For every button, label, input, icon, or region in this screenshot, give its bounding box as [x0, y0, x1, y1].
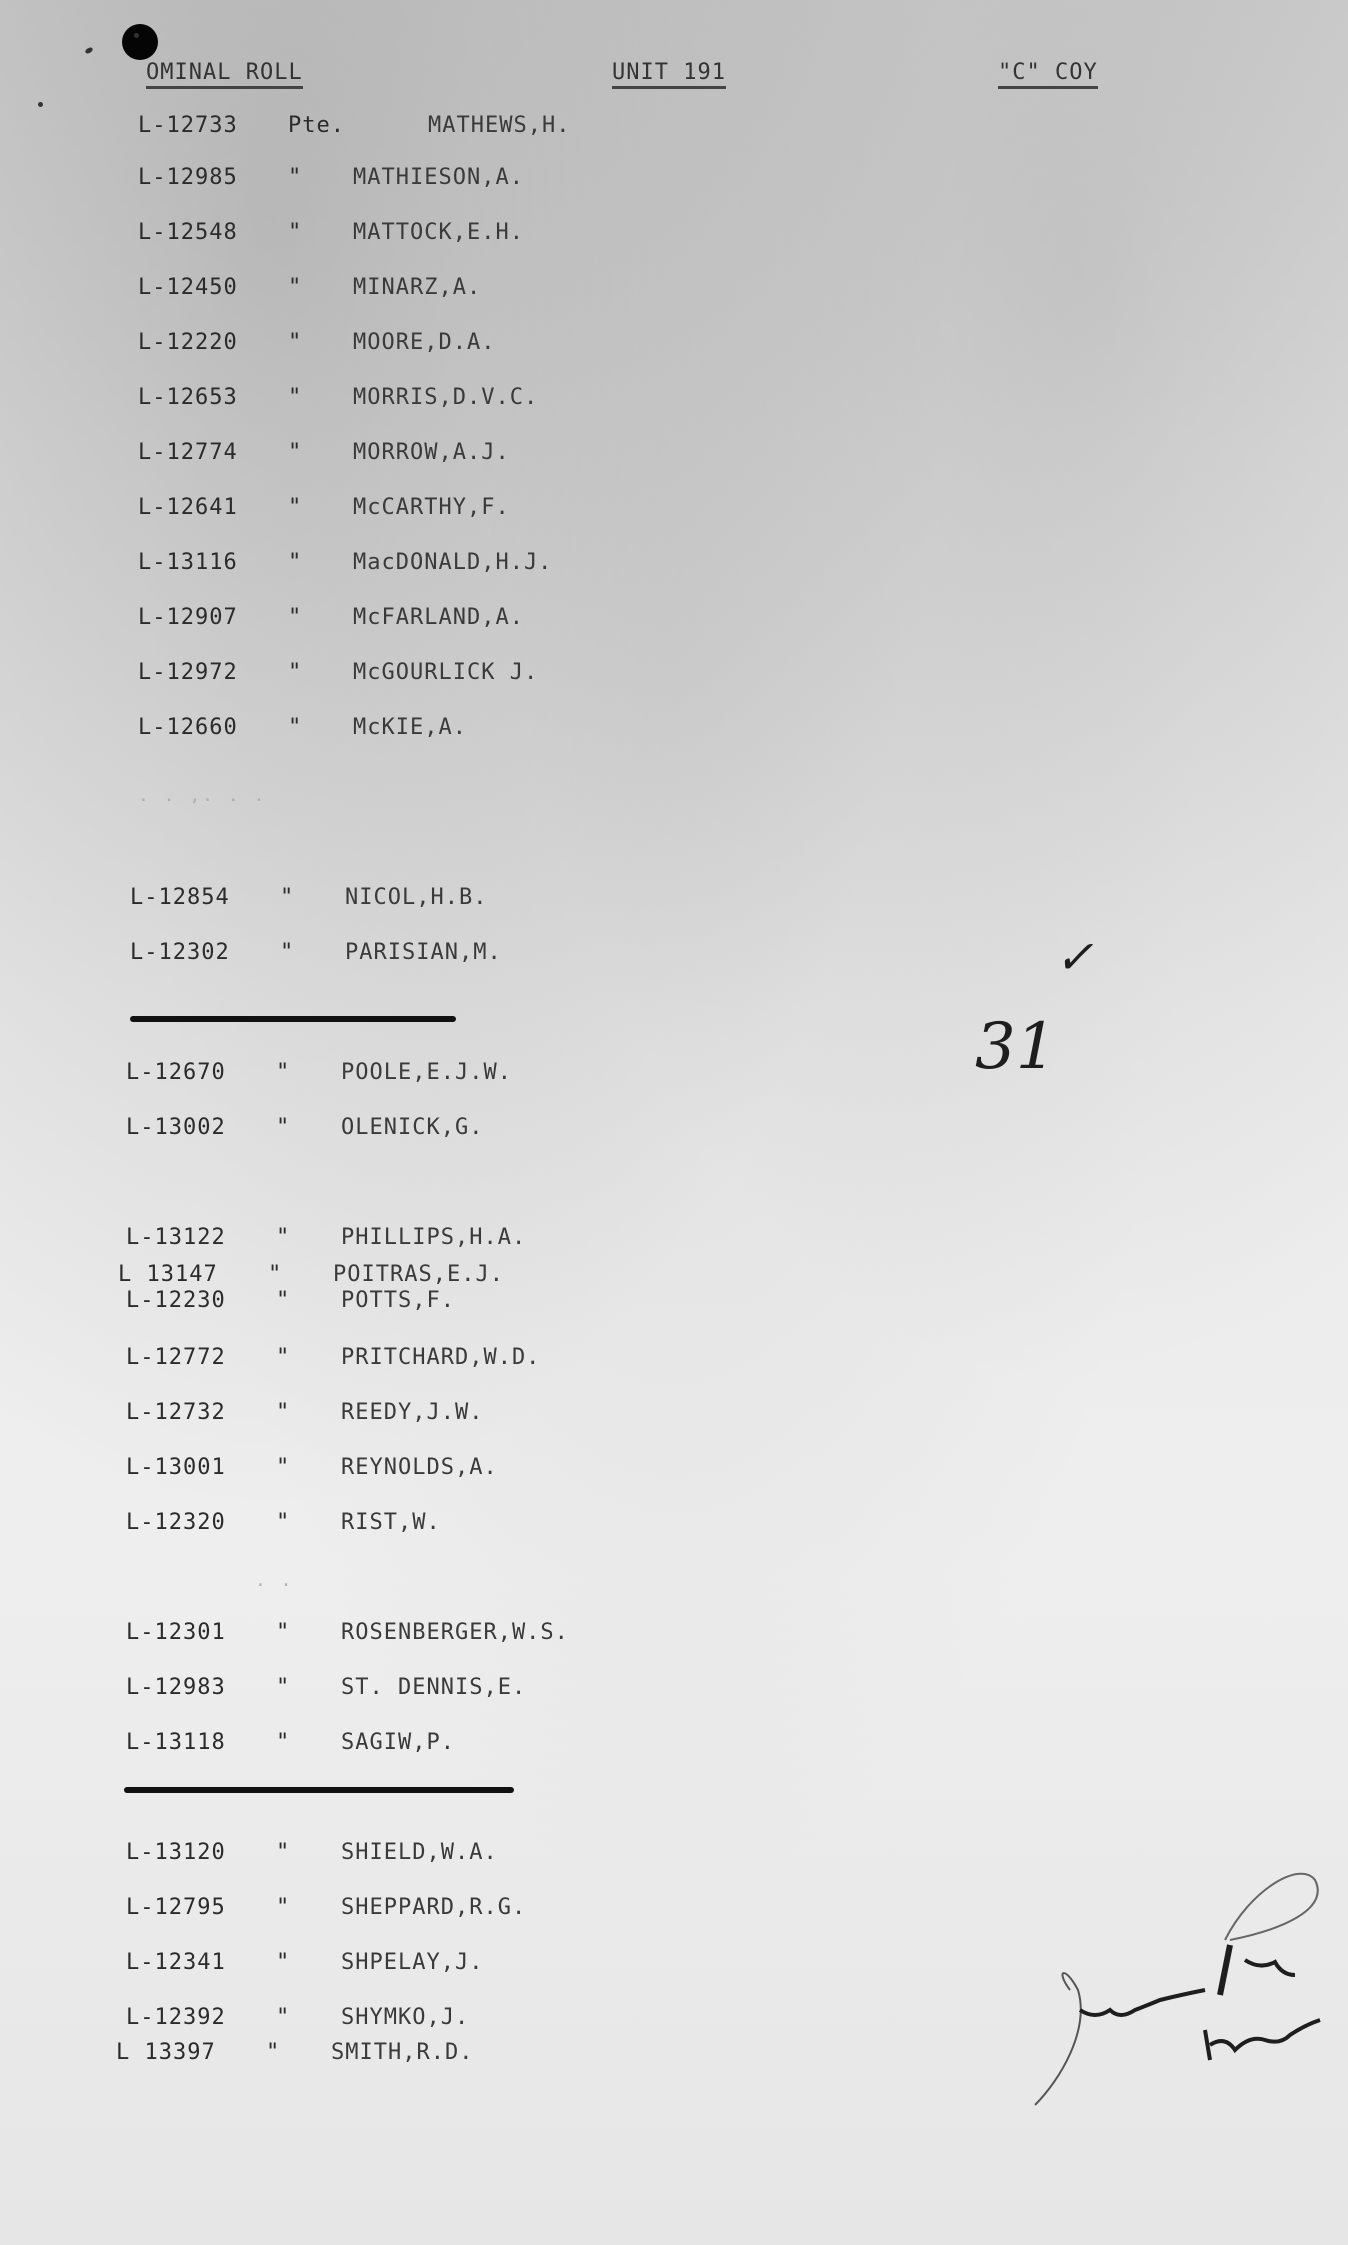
service-number: L-12220: [138, 330, 238, 355]
soldier-name: PARISIAN,M.: [345, 940, 502, 965]
rank: ": [276, 1895, 290, 1920]
service-number: L-13002: [126, 1115, 226, 1140]
soldier-name: MORROW,A.J.: [353, 440, 510, 465]
service-number: L-12733: [138, 113, 238, 138]
rank: ": [276, 1675, 290, 1700]
soldier-name: MORRIS,D.V.C.: [353, 385, 538, 410]
rank: ": [276, 1345, 290, 1370]
service-number: L-12341: [126, 1950, 226, 1975]
rank: ": [276, 1950, 290, 1975]
rank: ": [276, 1455, 290, 1480]
service-number: L-12230: [126, 1288, 226, 1313]
roll-title: OMINAL ROLL: [146, 60, 303, 85]
soldier-name: ST. DENNIS,E.: [341, 1675, 526, 1700]
service-number: L-12301: [126, 1620, 226, 1645]
service-number: L-12774: [138, 440, 238, 465]
service-number: L-12302: [130, 940, 230, 965]
soldier-name: MacDONALD,H.J.: [353, 550, 552, 575]
punch-hole: [122, 24, 158, 60]
service-number: L-13122: [126, 1225, 226, 1250]
rank: ": [288, 330, 302, 355]
soldier-name: McGOURLICK J.: [353, 660, 538, 685]
service-number: L 13397: [116, 2040, 216, 2065]
struck-out-entry: [130, 1016, 456, 1022]
rank: ": [276, 1510, 290, 1535]
company-label: "C" COY: [998, 60, 1098, 85]
soldier-name: SHEPPARD,R.G.: [341, 1895, 526, 1920]
soldier-name: MATHEWS,H.: [428, 113, 570, 138]
rank: ": [288, 495, 302, 520]
rank: ": [276, 1840, 290, 1865]
soldier-name: SHPELAY,J.: [341, 1950, 483, 1975]
service-number: L-12983: [126, 1675, 226, 1700]
service-number: L-12732: [126, 1400, 226, 1425]
rank: ": [276, 2005, 290, 2030]
soldier-name: SAGIW,P.: [341, 1730, 455, 1755]
soldier-name: McCARTHY,F.: [353, 495, 510, 520]
faded-entry: . .: [255, 1570, 294, 1591]
service-number: L-12641: [138, 495, 238, 520]
rank: ": [276, 1730, 290, 1755]
soldier-name: REEDY,J.W.: [341, 1400, 483, 1425]
rank: ": [276, 1400, 290, 1425]
service-number: L-12653: [138, 385, 238, 410]
soldier-name: POITRAS,E.J.: [333, 1262, 504, 1287]
soldier-name: SMITH,R.D.: [331, 2040, 473, 2065]
soldier-name: SHIELD,W.A.: [341, 1840, 498, 1865]
rank: ": [280, 940, 294, 965]
rank: ": [288, 440, 302, 465]
rank: ": [288, 660, 302, 685]
rank: ": [276, 1620, 290, 1645]
service-number: L-13118: [126, 1730, 226, 1755]
rank: ": [280, 885, 294, 910]
check-mark: ✓: [1055, 930, 1094, 984]
rank: ": [276, 1225, 290, 1250]
service-number: L-12772: [126, 1345, 226, 1370]
soldier-name: REYNOLDS,A.: [341, 1455, 498, 1480]
service-number: L-12985: [138, 165, 238, 190]
rank: ": [266, 2040, 280, 2065]
soldier-name: ROSENBERGER,W.S.: [341, 1620, 569, 1645]
soldier-name: RIST,W.: [341, 1510, 441, 1535]
rank: ": [268, 1262, 282, 1287]
rank: ": [276, 1060, 290, 1085]
rank: ": [288, 385, 302, 410]
service-number: L-12907: [138, 605, 238, 630]
service-number: L-12670: [126, 1060, 226, 1085]
rank: ": [288, 220, 302, 245]
faded-entry: . . ,. . .: [138, 785, 266, 806]
rank: ": [288, 165, 302, 190]
soldier-name: POOLE,E.J.W.: [341, 1060, 512, 1085]
service-number: L-13001: [126, 1455, 226, 1480]
soldier-name: McFARLAND,A.: [353, 605, 524, 630]
service-number: L-12392: [126, 2005, 226, 2030]
soldier-name: McKIE,A.: [353, 715, 467, 740]
signature: [1020, 1850, 1348, 2110]
rank: ": [276, 1288, 290, 1313]
unit-label: UNIT 191: [612, 60, 726, 85]
rank: ": [288, 275, 302, 300]
soldier-name: PHILLIPS,H.A.: [341, 1225, 526, 1250]
soldier-name: MATTOCK,E.H.: [353, 220, 524, 245]
soldier-name: MOORE,D.A.: [353, 330, 495, 355]
struck-out-entry: [124, 1787, 514, 1793]
service-number: L-13120: [126, 1840, 226, 1865]
soldier-name: MATHIESON,A.: [353, 165, 524, 190]
soldier-name: NICOL,H.B.: [345, 885, 487, 910]
soldier-name: OLENICK,G.: [341, 1115, 483, 1140]
service-number: L-13116: [138, 550, 238, 575]
rank: ": [288, 605, 302, 630]
ink-speck: [134, 33, 139, 38]
service-number: L-12795: [126, 1895, 226, 1920]
page-count-annotation: 31: [975, 1010, 1056, 1084]
rank: ": [276, 1115, 290, 1140]
service-number: L-12320: [126, 1510, 226, 1535]
rank: Pte.: [288, 113, 345, 138]
service-number: L-12854: [130, 885, 230, 910]
service-number: L-12972: [138, 660, 238, 685]
service-number: L-12660: [138, 715, 238, 740]
ink-speck: [38, 102, 43, 107]
service-number: L 13147: [118, 1262, 218, 1287]
service-number: L-12450: [138, 275, 238, 300]
soldier-name: POTTS,F.: [341, 1288, 455, 1313]
rank: ": [288, 550, 302, 575]
service-number: L-12548: [138, 220, 238, 245]
soldier-name: SHYMKO,J.: [341, 2005, 469, 2030]
soldier-name: MINARZ,A.: [353, 275, 481, 300]
soldier-name: PRITCHARD,W.D.: [341, 1345, 540, 1370]
rank: ": [288, 715, 302, 740]
